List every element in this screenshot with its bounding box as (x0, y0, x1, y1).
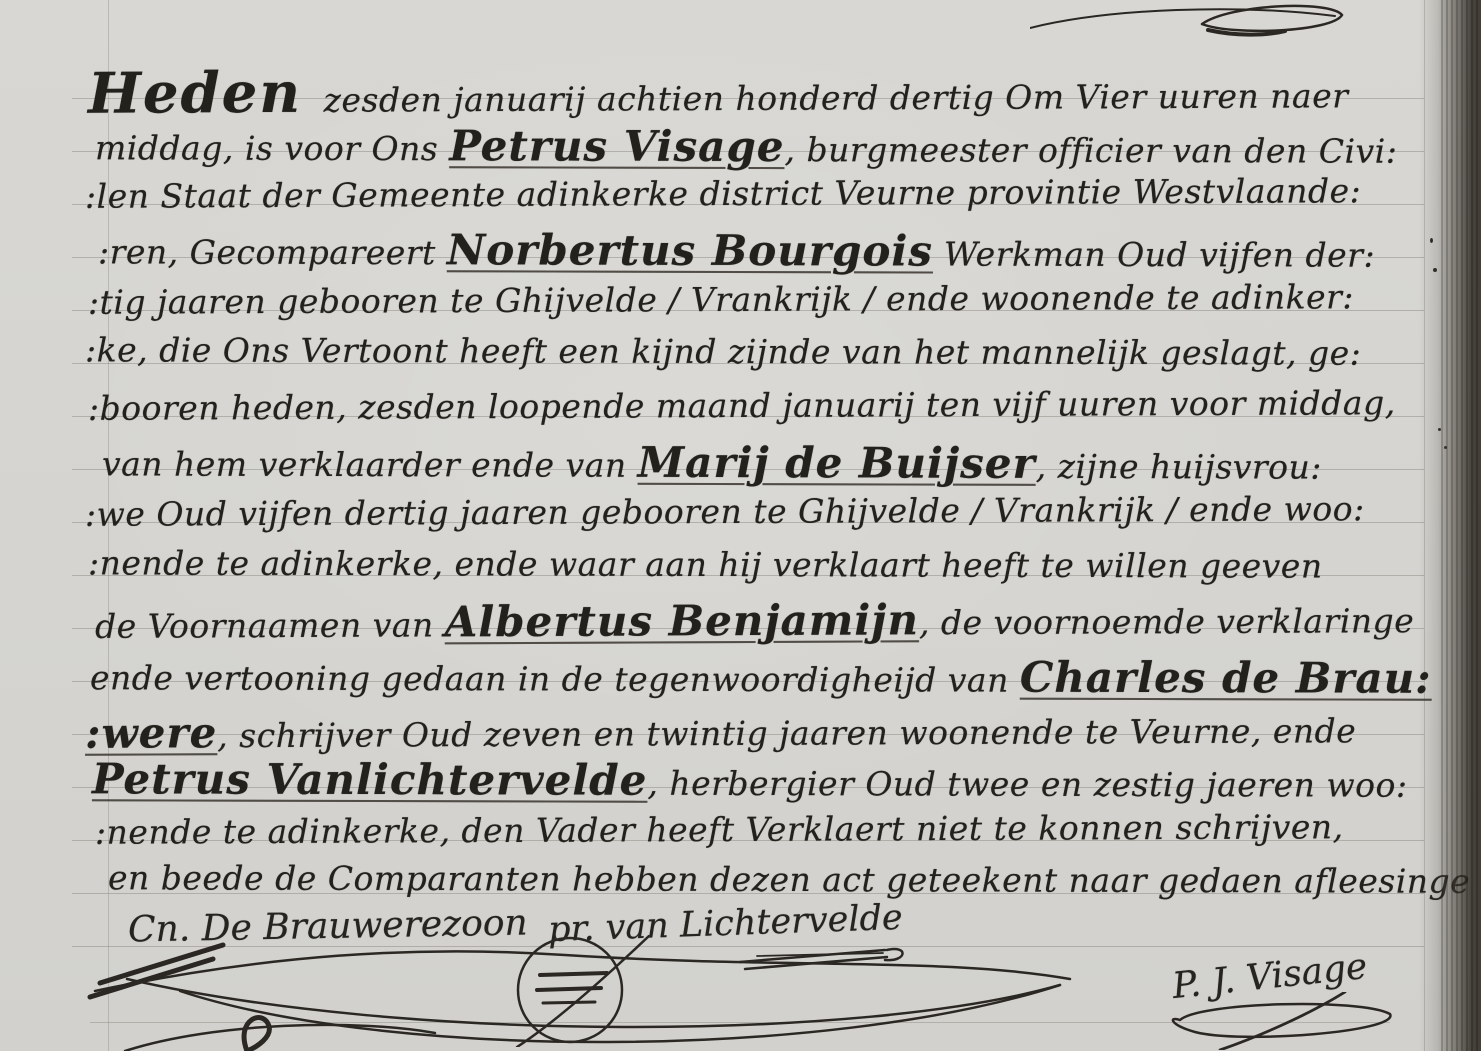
text-segment: , zijne huijsvrou: (1036, 447, 1322, 487)
text-segment: de Voornaamen van (95, 605, 445, 646)
name-marij-de-buijser: Marij de Buijser (638, 438, 1036, 488)
manuscript-line: :ke, die Ons Vertoont heeft een kijnd zi… (85, 330, 1361, 372)
text-segment: :nende te adinkerke, den Vader heeft Ver… (95, 807, 1344, 851)
signature-officer-visage: P. J. Visage (1170, 946, 1369, 1007)
text-segment: :booren heden, zesden loopende maand jan… (88, 383, 1396, 428)
text-segment: zesden januarij achtien honderd dertig O… (323, 76, 1348, 119)
text-segment: Werkman Oud vijfen der: (933, 235, 1375, 275)
signature-de-brauwerezoon: Cn. De Brauwerezoon (128, 903, 528, 951)
manuscript-line: Heden zesden januarij achtien honderd de… (88, 55, 1349, 126)
name-norbertus-bourgois: Norbertus Bourgois (447, 225, 933, 275)
text-segment: , herbergier Oud twee en zestig jaeren w… (647, 764, 1407, 805)
text-segment: , de voornoemde verklaringe (919, 601, 1414, 642)
manuscript-page: Heden zesden januarij achtien honderd de… (0, 0, 1481, 1051)
manuscript-line: :len Staat der Gemeente adinkerke distri… (85, 171, 1361, 216)
name-petrus-visage: Petrus Visage (449, 121, 784, 171)
page-binding-streaks (1441, 0, 1481, 1051)
manuscript-line: en beede de Comparanten hebben dezen act… (108, 858, 1470, 901)
manuscript-line: middag, is voor Ons Petrus Visage, burgm… (95, 120, 1397, 172)
manuscript-line: de Voornaamen van Albertus Benjamijn, de… (95, 593, 1414, 648)
manuscript-line: van hem verklaarder ende van Marij de Bu… (102, 436, 1322, 488)
text-segment: :len Staat der Gemeente adinkerke distri… (85, 171, 1361, 216)
name-albertus-benjamijn: Albertus Benjamijn (445, 595, 919, 646)
text-segment: :ke, die Ons Vertoont heeft een kijnd zi… (85, 330, 1361, 372)
top-flourish (1030, 0, 1360, 42)
name-petrus-vanlichtervelde: Petrus Vanlichtervelde (92, 754, 648, 804)
text-segment: :tig jaaren gebooren te Ghijvelde / Vran… (88, 277, 1354, 322)
manuscript-line: ende vertooning gedaan in de tegenwoordi… (90, 650, 1432, 703)
text-segment: , burgmeester officier van den Civi: (784, 130, 1397, 171)
text-segment: :nende te adinkerke, ende waar aan hij v… (88, 543, 1323, 585)
manuscript-line: :ren, Gecompareert Norbertus Bourgois We… (98, 224, 1375, 276)
manuscript-line: Petrus Vanlichtervelde, herbergier Oud t… (92, 754, 1408, 806)
text-segment: , schrijver Oud zeven en twintig jaaren … (217, 711, 1356, 755)
name-charles-de-brauwere: Charles de Brau: (1020, 653, 1432, 703)
manuscript-line: :nende te adinkerke, ende waar aan hij v… (88, 543, 1323, 585)
ruled-guideline-bottom (90, 1022, 1390, 1023)
text-segment: ende vertooning gedaan in de tegenwoordi… (90, 658, 1020, 699)
manuscript-line: :tig jaaren gebooren te Ghijvelde / Vran… (88, 277, 1354, 322)
text-segment: van hem verklaarder ende van (102, 444, 638, 484)
paraph-flourish (85, 935, 1085, 1047)
text-segment: :ren, Gecompareert (98, 232, 447, 272)
signature-van-lichtervelde: pr. van Lichtervelde (547, 898, 903, 950)
manuscript-line: :nende te adinkerke, den Vader heeft Ver… (95, 807, 1344, 851)
manuscript-line: :booren heden, zesden loopende maand jan… (88, 383, 1396, 428)
opening-word: Heden (88, 60, 324, 127)
manuscript-line: :we Oud vijfen dertig jaaren gebooren te… (85, 489, 1365, 534)
text-segment: :we Oud vijfen dertig jaaren gebooren te… (85, 489, 1365, 534)
manuscript-line: :were, schrijver Oud zeven en twintig ja… (85, 703, 1356, 758)
name-charles-de-brauwere-cont: :were (85, 708, 217, 758)
next-act-partial-strokes (95, 1006, 445, 1051)
text-segment: en beede de Comparanten hebben dezen act… (108, 858, 1470, 901)
underline-flourish-lichtervelde (735, 942, 920, 978)
text-segment: middag, is voor Ons (95, 128, 449, 168)
